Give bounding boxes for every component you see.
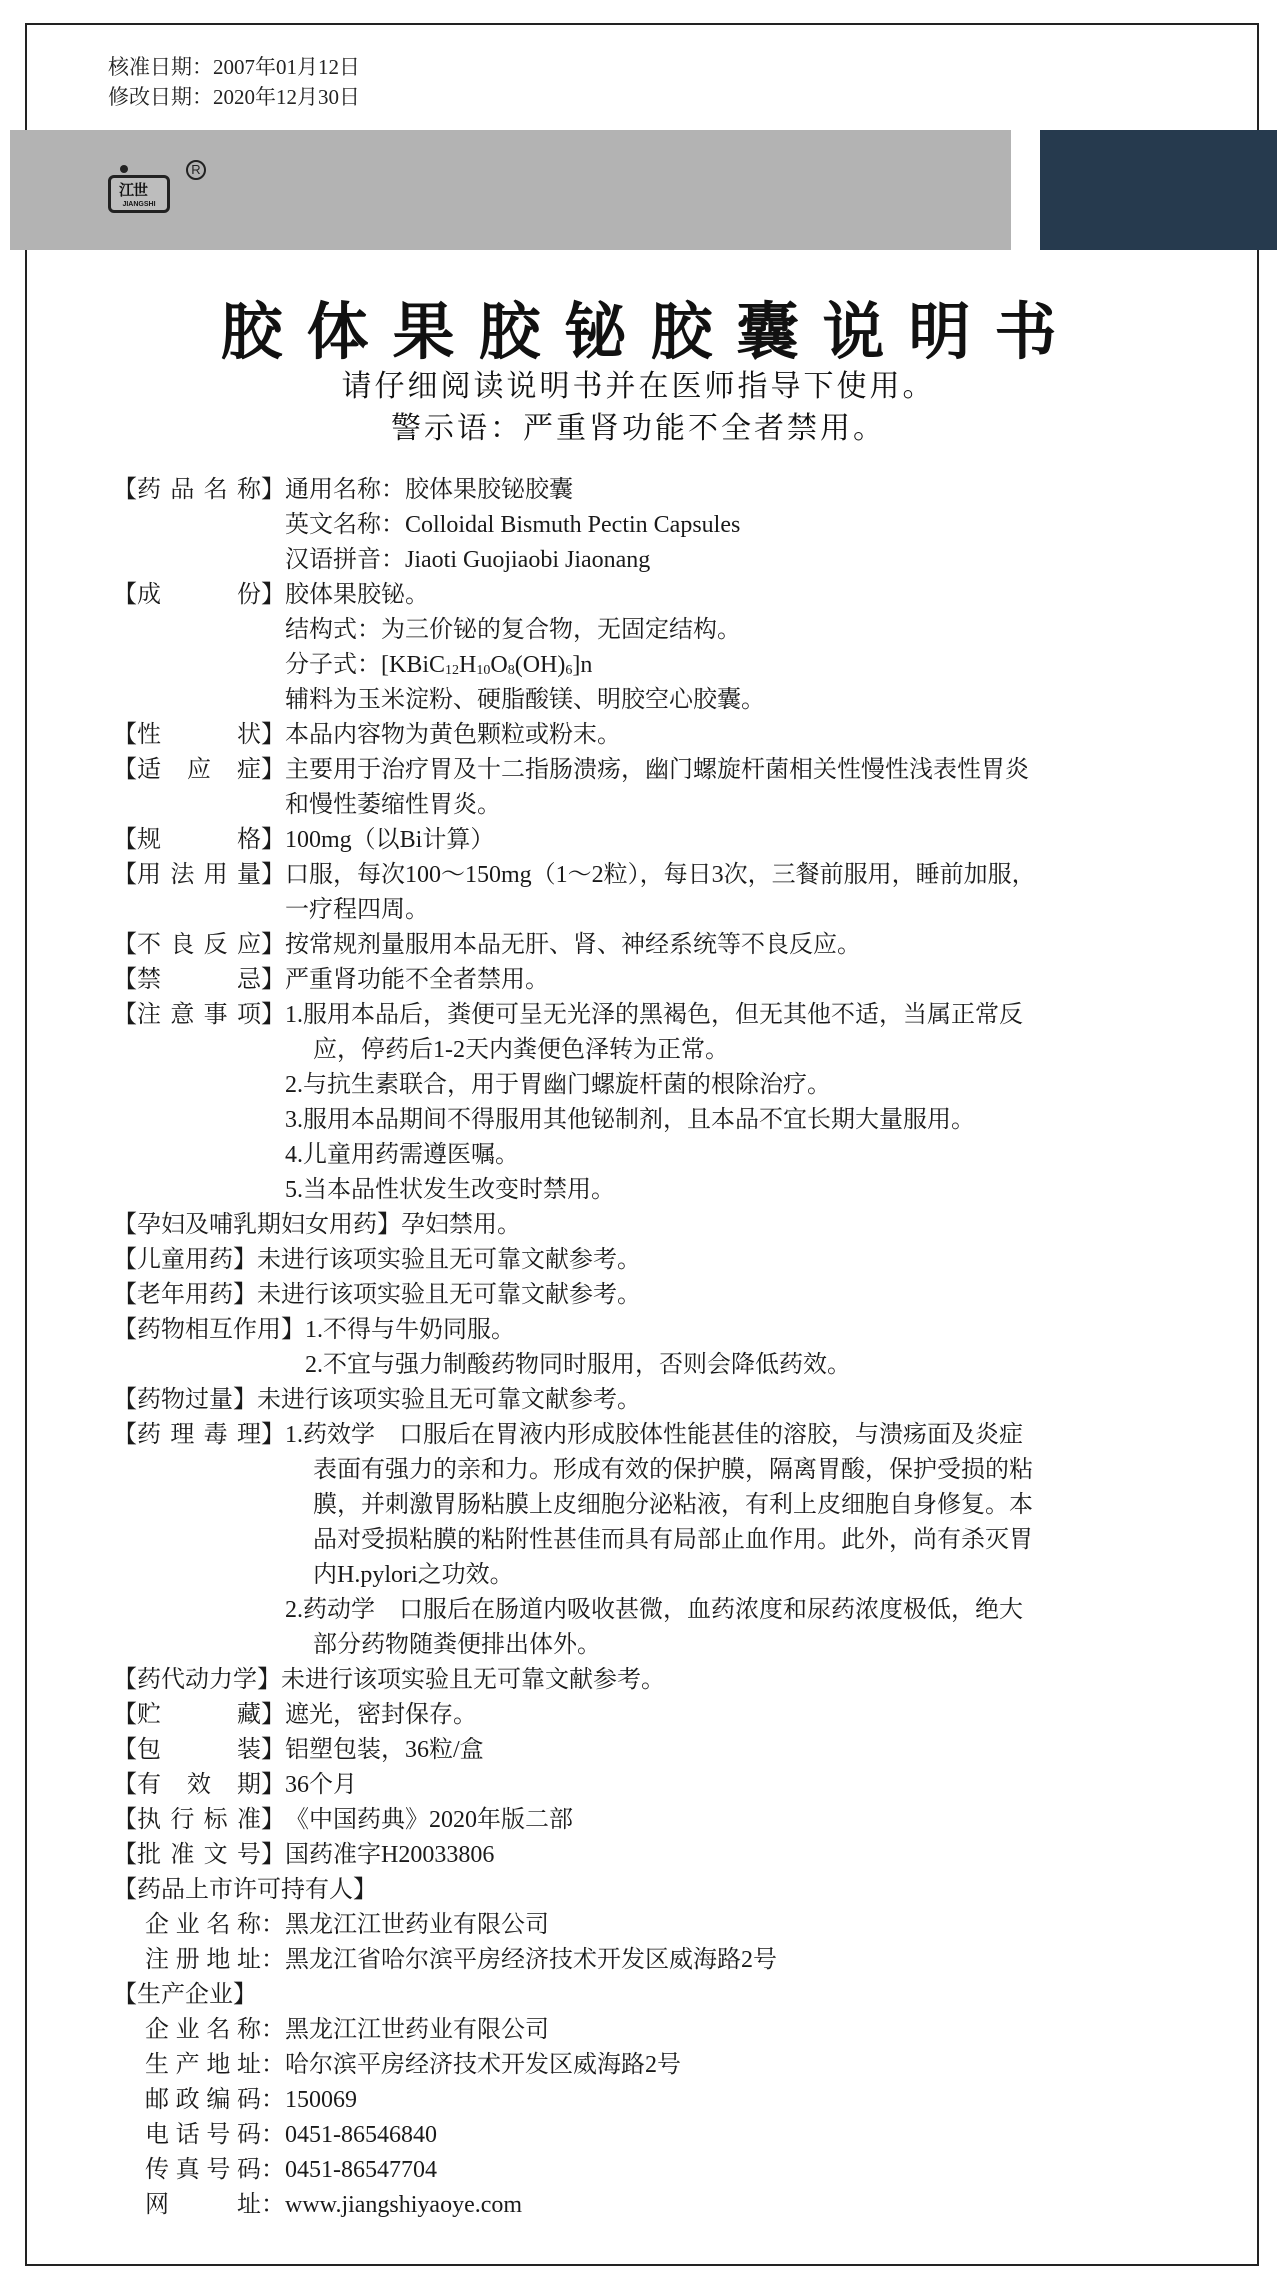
section-label: 【药理毒理】 — [113, 1418, 285, 1663]
section-label: 【成份】 — [113, 578, 285, 718]
jiangshi-logo: 江世 JIANGSHI — [108, 165, 172, 215]
section-interactions: 【药物相互作用】 1.不得与牛奶同服。 2.不宜与强力制酸药物同时服用，否则会降… — [113, 1313, 1223, 1383]
website: 网址： www.jiangshiyaoye.com — [113, 2188, 1223, 2223]
section-storage: 【贮藏】 遮光，密封保存。 — [113, 1698, 1223, 1733]
logo-dot-icon — [120, 165, 128, 173]
section-pregnancy: 【孕妇及哺乳期妇女用药】 孕妇禁用。 — [113, 1208, 1223, 1243]
section-overdose: 【药物过量】 未进行该项实验且无可靠文献参考。 — [113, 1383, 1223, 1418]
logo-box: 江世 JIANGSHI — [108, 175, 170, 213]
leaflet-body: 【药品名称】 通用名称：胶体果胶铋胶囊 英文名称：Colloidal Bismu… — [113, 473, 1223, 2223]
website-link[interactable]: www.jiangshiyaoye.com — [285, 2188, 522, 2223]
section-precautions: 【注意事项】 1.服用本品后，粪便可呈无光泽的黑褐色，但无其他不适，当属正常反 … — [113, 998, 1223, 1208]
section-label: 【有效期】 — [113, 1768, 285, 1803]
section-label: 【批准文号】 — [113, 1838, 285, 1873]
section-manufacturer: 【生产企业】 — [113, 1978, 1223, 2013]
section-label: 【儿童用药】 — [113, 1243, 257, 1278]
section-specification: 【规格】 100mg（以Bi计算） — [113, 823, 1223, 858]
section-adverse-reactions: 【不良反应】 按常规剂量服用本品无肝、肾、神经系统等不良反应。 — [113, 928, 1223, 963]
precaution-item: 2.与抗生素联合，用于胃幽门螺旋杆菌的根除治疗。 — [285, 1068, 1223, 1103]
section-label: 【注意事项】 — [113, 998, 285, 1208]
logo-text-en: JIANGSHI — [111, 201, 167, 208]
precaution-item: 5.当本品性状发生改变时禁用。 — [285, 1173, 1223, 1208]
section-label: 【老年用药】 — [113, 1278, 257, 1313]
section-label: 【药代动力学】 — [113, 1663, 281, 1698]
section-label: 【不良反应】 — [113, 928, 285, 963]
section-label: 【包装】 — [113, 1733, 285, 1768]
phone-number: 电话号码： 0451-86546840 — [113, 2118, 1223, 2153]
pinyin-name: 汉语拼音：Jiaoti Guojiaobi Jiaonang — [285, 543, 1223, 578]
section-label: 【适应症】 — [113, 753, 285, 823]
section-contraindications: 【禁忌】 严重肾功能不全者禁用。 — [113, 963, 1223, 998]
generic-name: 通用名称：胶体果胶铋胶囊 — [285, 473, 1223, 508]
section-label: 【孕妇及哺乳期妇女用药】 — [113, 1208, 401, 1243]
section-dosage: 【用法用量】 口服，每次100～150mg（1～2粒），每日3次，三餐前服用，睡… — [113, 858, 1223, 928]
document-title: 胶体果胶铋胶囊说明书 — [0, 292, 1277, 372]
mah-registered-address: 注册地址： 黑龙江省哈尔滨平房经济技术开发区威海路2号 — [113, 1943, 1223, 1978]
section-approval-number: 【批准文号】 国药准字H20033806 — [113, 1838, 1223, 1873]
pharmacokinetics-item: 2.药动学 口服后在肠道内吸收甚微，血药浓度和尿药浓度极低，绝大 — [285, 1593, 1223, 1628]
section-pharmacokinetics: 【药代动力学】 未进行该项实验且无可靠文献参考。 — [113, 1663, 1223, 1698]
manufacturer-company-name: 企业名称： 黑龙江江世药业有限公司 — [113, 2013, 1223, 2048]
molecular-formula: 分子式：[KBiC12H10O8(OH)6]n — [285, 648, 1223, 683]
manufacturer-address: 生产地址： 哈尔滨平房经济技术开发区威海路2号 — [113, 2048, 1223, 2083]
date-block: 核准日期：2007年01月12日 修改日期：2020年12月30日 — [108, 52, 360, 112]
section-label: 【规格】 — [113, 823, 285, 858]
logo-text-cn: 江世 — [119, 179, 147, 200]
section-content: 胶体果胶铋。 结构式：为三价铋的复合物，无固定结构。 分子式：[KBiC12H1… — [285, 578, 1223, 718]
section-label: 【生产企业】 — [113, 1978, 257, 2013]
section-composition: 【成份】 胶体果胶铋。 结构式：为三价铋的复合物，无固定结构。 分子式：[KBi… — [113, 578, 1223, 718]
header-navy-band — [1040, 130, 1277, 250]
instruction-subtitle: 请仔细阅读说明书并在医师指导下使用。 — [0, 367, 1277, 407]
warning-subtitle: 警示语：严重肾功能不全者禁用。 — [0, 409, 1277, 449]
precaution-item: 4.儿童用药需遵医嘱。 — [285, 1138, 1223, 1173]
section-expiry: 【有效期】 36个月 — [113, 1768, 1223, 1803]
section-label: 【禁忌】 — [113, 963, 285, 998]
section-indications: 【适应症】 主要用于治疗胃及十二指肠溃疡，幽门螺旋杆菌相关性慢性浅表性胃炎 和慢… — [113, 753, 1223, 823]
section-label: 【执行标准】 — [113, 1803, 285, 1838]
section-geriatric: 【老年用药】 未进行该项实验且无可靠文献参考。 — [113, 1278, 1223, 1313]
postal-code: 邮政编码： 150069 — [113, 2083, 1223, 2118]
section-drug-name: 【药品名称】 通用名称：胶体果胶铋胶囊 英文名称：Colloidal Bismu… — [113, 473, 1223, 578]
section-label: 【药物相互作用】 — [113, 1313, 305, 1383]
approval-date: 核准日期：2007年01月12日 — [108, 52, 360, 82]
english-name: 英文名称：Colloidal Bismuth Pectin Capsules — [285, 508, 1223, 543]
section-label: 【贮藏】 — [113, 1698, 285, 1733]
registered-trademark-icon: R — [186, 160, 206, 180]
section-pediatric: 【儿童用药】 未进行该项实验且无可靠文献参考。 — [113, 1243, 1223, 1278]
fax-number: 传真号码： 0451-86547704 — [113, 2153, 1223, 2188]
precaution-item: 1.服用本品后，粪便可呈无光泽的黑褐色，但无其他不适，当属正常反 — [285, 998, 1223, 1033]
section-label: 【药品名称】 — [113, 473, 285, 578]
section-label: 【药物过量】 — [113, 1383, 257, 1418]
section-pharmacology: 【药理毒理】 1.药效学 口服后在胃液内形成胶体性能甚佳的溶胶，与溃疡面及炎症 … — [113, 1418, 1223, 1663]
section-mah: 【药品上市许可持有人】 — [113, 1873, 1223, 1908]
mah-company-name: 企业名称： 黑龙江江世药业有限公司 — [113, 1908, 1223, 1943]
section-label: 【用法用量】 — [113, 858, 285, 928]
section-standard: 【执行标准】 《中国药典》2020年版二部 — [113, 1803, 1223, 1838]
section-label: 【性状】 — [113, 718, 285, 753]
section-label: 【药品上市许可持有人】 — [113, 1873, 377, 1908]
precaution-item: 3.服用本品期间不得服用其他铋制剂，且本品不宜长期大量服用。 — [285, 1103, 1223, 1138]
section-content: 通用名称：胶体果胶铋胶囊 英文名称：Colloidal Bismuth Pect… — [285, 473, 1223, 578]
revision-date: 修改日期：2020年12月30日 — [108, 82, 360, 112]
pharmacodynamics: 1.药效学 口服后在胃液内形成胶体性能甚佳的溶胶，与溃疡面及炎症 — [285, 1418, 1223, 1453]
section-appearance: 【性状】 本品内容物为黄色颗粒或粉末。 — [113, 718, 1223, 753]
section-package: 【包装】 铝塑包装，36粒/盒 — [113, 1733, 1223, 1768]
